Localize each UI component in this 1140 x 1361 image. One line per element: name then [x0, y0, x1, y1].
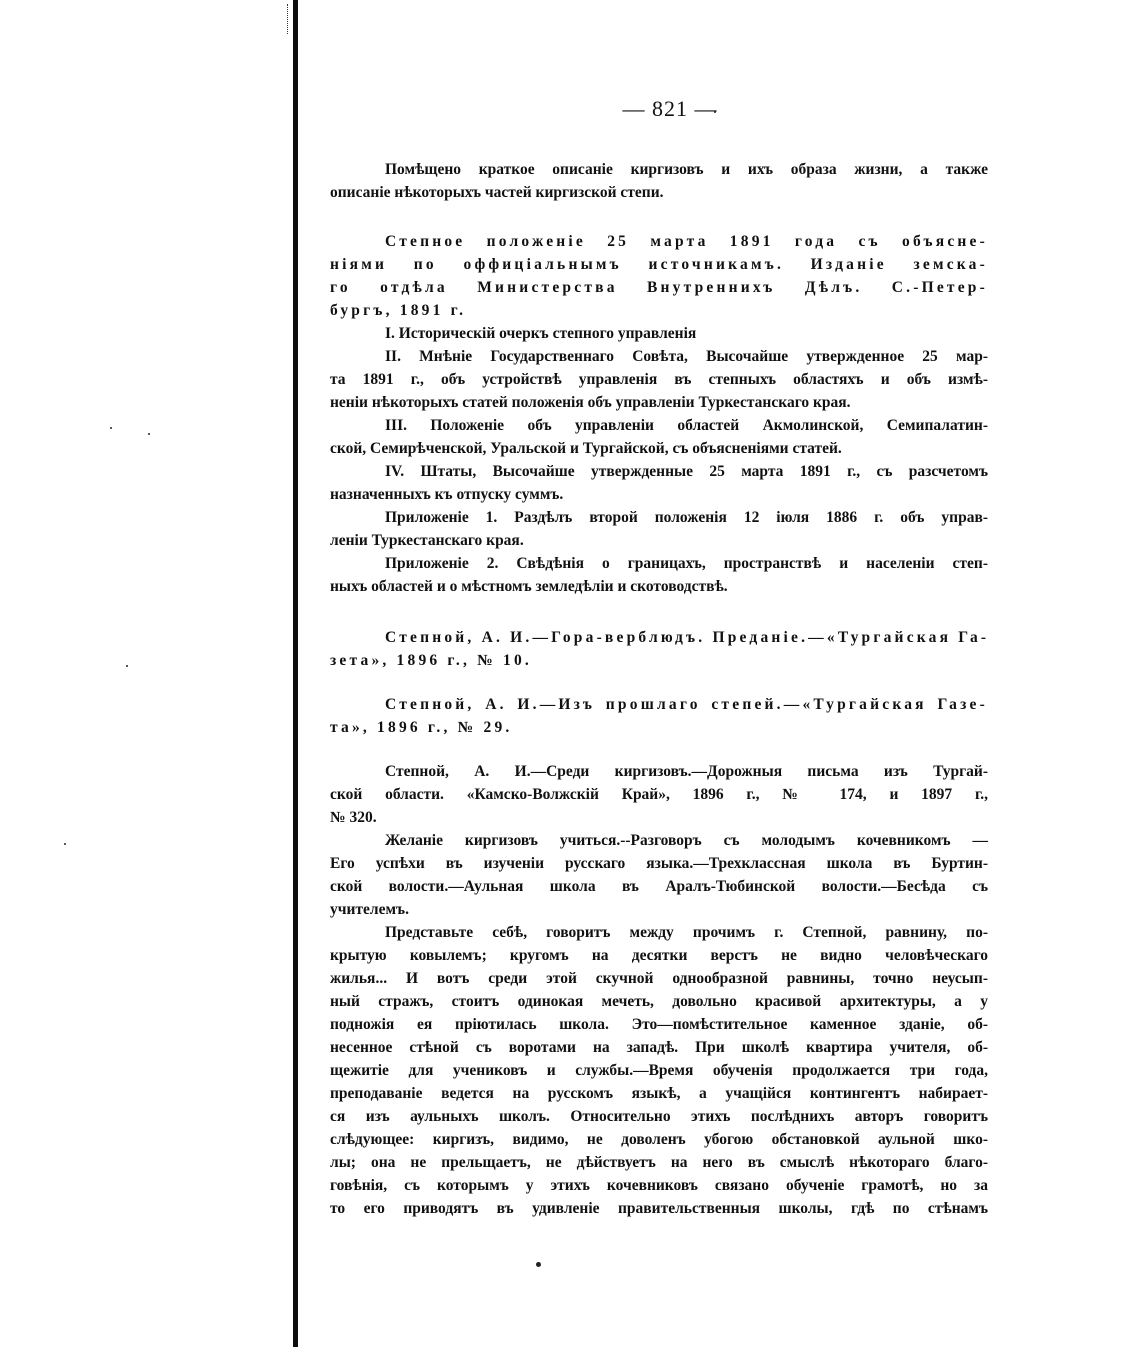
text-line: зета», 1896 г., № 10.	[330, 649, 988, 672]
text-line: Его успѣхи въ изученіи русскаго языка.—Т…	[330, 852, 988, 875]
text-line: № 320.	[330, 806, 988, 829]
text-line: ской области. «Камско-Волжскій Край», 18…	[330, 783, 988, 806]
scan-noise	[287, 4, 291, 34]
text-line: III. Положеніе объ управленіи областей А…	[330, 414, 988, 437]
text-line: учителемъ.	[330, 898, 988, 921]
text-line: Помѣщено краткое описаніе киргизовъ и их…	[330, 158, 988, 181]
text-line: жилья... И вотъ среди этой скучной одноо…	[330, 967, 988, 990]
text-line: Приложеніе 1. Раздѣлъ второй положенія 1…	[330, 506, 988, 529]
text-line: леніи Туркестанскаго края.	[330, 529, 988, 552]
text-line: бургъ, 1891 г.	[330, 299, 988, 322]
scan-speck	[536, 1262, 541, 1267]
scan-speck	[148, 433, 150, 435]
text-line: слѣдующее: киргизъ, видимо, не доволенъ …	[330, 1128, 988, 1151]
text-line: Степной, А. И.—Гора-верблюдъ. Преданіе.—…	[330, 626, 988, 649]
text-line: щежитіе для учениковъ и службы.—Время об…	[330, 1059, 988, 1082]
text-line: та 1891 г., объ устройствѣ управленія въ…	[330, 368, 988, 391]
bibliography-entry-stepnoe-polozhenie: Степное положеніе 25 марта 1891 года съ …	[330, 230, 988, 598]
bibliography-entry-iz-proshlago: Степной, А. И.—Изъ прошлаго степей.—«Тур…	[330, 693, 988, 739]
text-line: Приложеніе 2. Свѣдѣнія о границахъ, прос…	[330, 552, 988, 575]
text-line: неніи нѣкоторыхъ статей положенія объ уп…	[330, 391, 988, 414]
text-line: ный стражъ, стоитъ одинокая мечеть, дово…	[330, 990, 988, 1013]
bibliography-entry-gora-verblyud: Степной, А. И.—Гора-верблюдъ. Преданіе.—…	[330, 626, 988, 672]
text-line: описаніе нѣкоторыхъ частей киргизской ст…	[330, 181, 988, 204]
text-line: преподаваніе ведется на русскомъ языкѣ, …	[330, 1082, 988, 1105]
text-line: крытую ковылемъ; кругомъ на десятки верс…	[330, 944, 988, 967]
text-line: говѣнія, съ которымъ у этихъ кочевниковъ…	[330, 1174, 988, 1197]
text-line: Представьте себѣ, говоритъ между прочимъ…	[330, 921, 988, 944]
text-line: II. Мнѣніе Государственнаго Совѣта, Высо…	[330, 345, 988, 368]
text-line: ской волости.—Аульная школа въ Аралъ-Тюб…	[330, 875, 988, 898]
scan-speck	[110, 427, 112, 429]
text-line: ныхъ областей и о мѣстномъ земледѣліи и …	[330, 575, 988, 598]
text-line: ся изъ аульныхъ школъ. Относительно этих…	[330, 1105, 988, 1128]
scan-speck	[714, 111, 716, 113]
text-line: ніями по оффиціальнымъ источникамъ. Изда…	[330, 253, 988, 276]
text-line: Степной, А. И.—Среди киргизовъ.—Дорожныя…	[330, 760, 988, 783]
text-line: ской, Семирѣченской, Уральской и Тургайс…	[330, 437, 988, 460]
text-line: та», 1896 г., № 29.	[330, 716, 988, 739]
text-line: Степной, А. И.—Изъ прошлаго степей.—«Тур…	[330, 693, 988, 716]
scan-speck	[64, 843, 66, 845]
text-line: назначенныхъ къ отпуску суммъ.	[330, 483, 988, 506]
text-line: лы; она не прельщаетъ, не дѣйствуетъ на …	[330, 1151, 988, 1174]
text-line: подножія ея пріютилась школа. Это—помѣст…	[330, 1013, 988, 1036]
paragraph-intro: Помѣщено краткое описаніе киргизовъ и их…	[330, 158, 988, 204]
page-number: — 821 —	[560, 96, 780, 122]
margin-rule	[293, 0, 298, 1347]
text-line: I. Историческій очеркъ степного управлен…	[330, 322, 988, 345]
text-line: несенное стѣной съ воротами на западѣ. П…	[330, 1036, 988, 1059]
scan-speck	[126, 665, 128, 667]
text-line: го отдѣла Министерства Внутреннихъ Дѣлъ.…	[330, 276, 988, 299]
bibliography-entry-sredi-kirgizov: Степной, А. И.—Среди киргизовъ.—Дорожныя…	[330, 760, 988, 1220]
text-line: то его приводятъ въ удивленіе правительс…	[330, 1197, 988, 1220]
text-line: Желаніе киргизовъ учиться.--Разговоръ съ…	[330, 829, 988, 852]
text-line: IV. Штаты, Высочайше утвержденные 25 мар…	[330, 460, 988, 483]
text-line: Степное положеніе 25 марта 1891 года съ …	[330, 230, 988, 253]
